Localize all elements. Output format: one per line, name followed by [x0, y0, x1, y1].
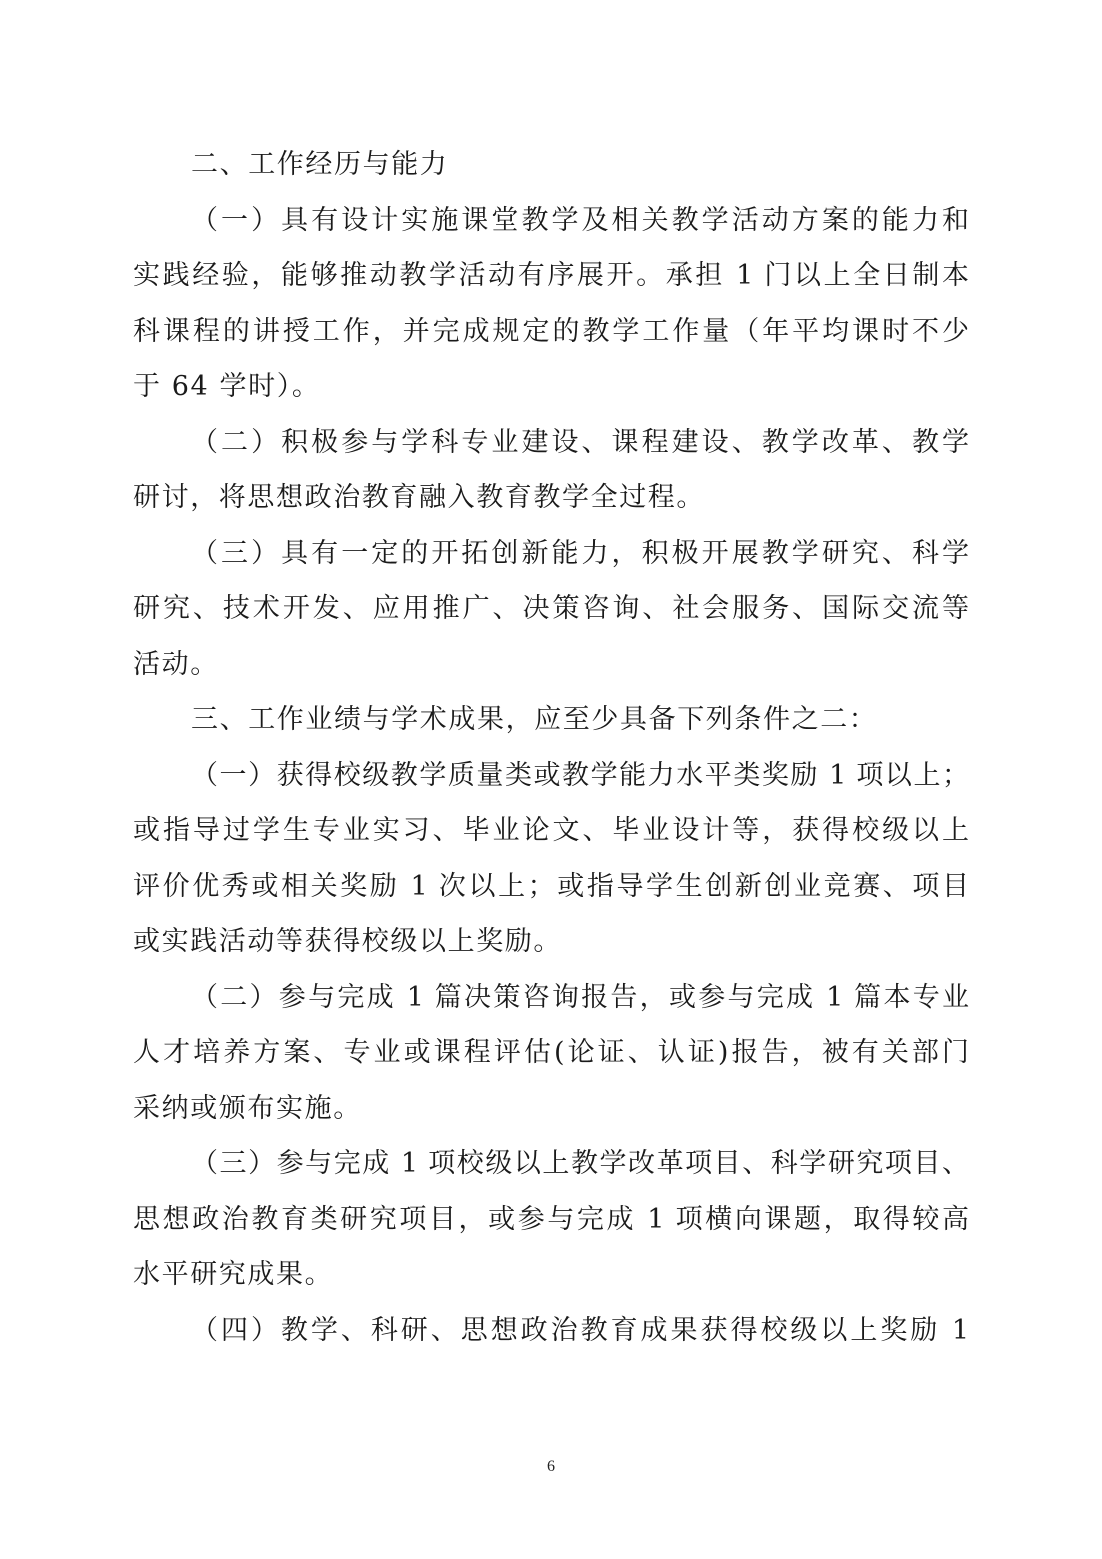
paragraph-line: （四）教学、科研、思想政治教育成果获得校级以上奖励 1 — [133, 1303, 969, 1359]
paragraph-line: 人才培养方案、专业或课程评估(论证、认证)报告，被有关部门 — [133, 1025, 969, 1081]
paragraph-line: 研讨，将思想政治教育融入教育教学全过程。 — [133, 470, 973, 526]
paragraph-line: 于 64 学时）。 — [133, 359, 973, 415]
paragraph-line: 水平研究成果。 — [133, 1247, 973, 1303]
paragraph-line: 采纳或颁布实施。 — [133, 1081, 973, 1137]
paragraph-line: （一）具有设计实施课堂教学及相关教学活动方案的能力和 — [133, 193, 969, 249]
paragraph-line: （二）参与完成 1 篇决策咨询报告，或参与完成 1 篇本专业 — [133, 970, 969, 1026]
paragraph-line: （三）具有一定的开拓创新能力，积极开展教学研究、科学 — [133, 526, 969, 582]
document-body: 二、工作经历与能力 （一）具有设计实施课堂教学及相关教学活动方案的能力和 实践经… — [133, 137, 973, 1358]
paragraph-line: （一）获得校级教学质量类或教学能力水平类奖励 1 项以上； — [133, 748, 969, 804]
paragraph-line: （二）积极参与学科专业建设、课程建设、教学改革、教学 — [133, 415, 969, 471]
paragraph-line: 或指导过学生专业实习、毕业论文、毕业设计等，获得校级以上 — [133, 803, 969, 859]
section-heading-work-experience: 二、工作经历与能力 — [133, 137, 973, 193]
paragraph-line: 或实践活动等获得校级以上奖励。 — [133, 914, 973, 970]
document-page: 二、工作经历与能力 （一）具有设计实施课堂教学及相关教学活动方案的能力和 实践经… — [0, 0, 1102, 1559]
paragraph-line: 评价优秀或相关奖励 1 次以上；或指导学生创新创业竞赛、项目 — [133, 859, 969, 915]
paragraph-line: 科课程的讲授工作，并完成规定的教学工作量（年平均课时不少 — [133, 304, 969, 360]
paragraph-line: （三）参与完成 1 项校级以上教学改革项目、科学研究项目、 — [133, 1136, 969, 1192]
section-heading-achievements: 三、工作业绩与学术成果，应至少具备下列条件之二： — [133, 692, 973, 748]
paragraph-line: 思想政治教育类研究项目，或参与完成 1 项横向课题，取得较高 — [133, 1192, 969, 1248]
paragraph-line: 研究、技术开发、应用推广、决策咨询、社会服务、国际交流等 — [133, 581, 969, 637]
page-number: 6 — [0, 1458, 1102, 1476]
paragraph-line: 活动。 — [133, 637, 973, 693]
paragraph-line: 实践经验，能够推动教学活动有序展开。承担 1 门以上全日制本 — [133, 248, 969, 304]
